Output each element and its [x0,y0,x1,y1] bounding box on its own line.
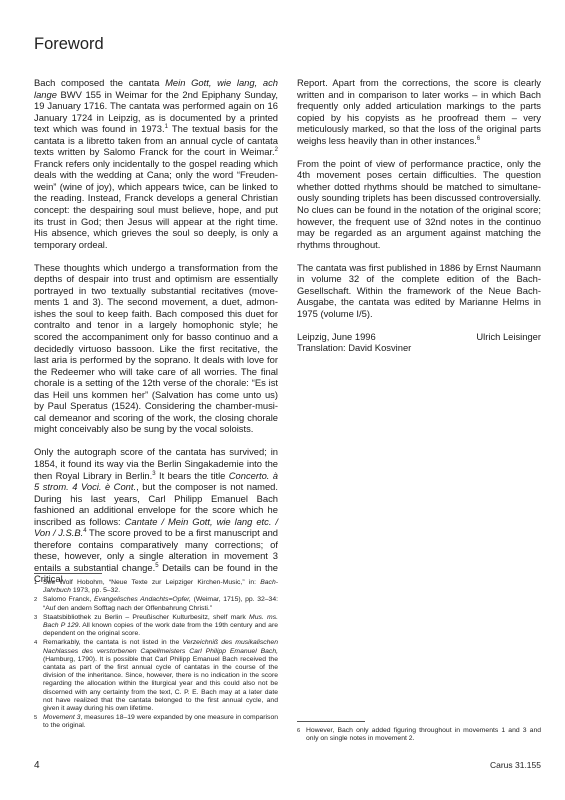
footnote-text: See Wolf Hobohm, “Neue Texte zur Leipzig… [43,579,260,586]
text-run: Bach composed the cantata [34,77,165,88]
footnote-number: 2 [34,596,43,612]
footnote-4: 4Remarkably, the cantata is not listed i… [34,639,278,713]
page-number: 4 [34,760,40,771]
footnote-divider-right [297,721,365,722]
footnote-number: 1 [34,579,43,595]
footnote-ref-6[interactable]: 6 [477,136,480,142]
paragraph-movements: These thoughts which undergo a transform… [34,262,278,435]
footnote-text: 1973, pp. 5–32. [71,587,120,594]
footnote-text: Staatsbibliothek zu Berlin – Preußischer… [43,614,249,621]
translator-credit: Translation: David Kosviner [297,342,541,354]
footnote-number: 3 [34,614,43,639]
paragraph-sources: Only the autograph score of the cantata … [34,446,278,585]
catalog-number: Carus 31.155 [490,760,541,770]
footnote-text: Remarkably, the cantata is not listed in… [43,639,182,646]
footnote-number: 6 [297,727,306,743]
footnote-text: (Hamburg, 1790). It is possible that Car… [43,656,278,712]
paragraph-critical-report: Report. Apart from the corrections, the … [297,77,541,146]
footnote-text: . All known copies of the work date from… [43,622,278,637]
place-date: Leipzig, June 1996 [297,331,376,343]
footnotes-left: 1See Wolf Hobohm, “Neue Texte zur Leipzi… [34,579,278,732]
paragraph-composition: Bach composed the cantata Mein Gott, wie… [34,77,278,250]
signature-line: Leipzig, June 1996 Ulrich Leisinger [297,331,541,343]
footnote-text: Salomo Franck, [43,596,94,603]
author-name: Ulrich Leisinger [476,331,541,343]
page-title: Foreword [34,35,104,54]
footnote-2: 2Salomo Franck, Evangelisches Andachts=O… [34,596,278,612]
left-column: Bach composed the cantata Mein Gott, wie… [34,77,278,596]
footnote-text: However, Bach only added figuring throug… [306,727,541,743]
text-run: Franck refers only incidentally to the g… [34,158,278,250]
footnote-divider-left [34,573,102,574]
footnote-ref-2[interactable]: 2 [275,147,278,153]
footnote-5: 5Movement 3, measures 18–19 were expande… [34,714,278,730]
text-run: It bears the title [156,470,229,481]
text-run: Report. Apart from the corrections, the … [297,77,541,146]
right-column: Report. Apart from the corrections, the … [297,77,541,354]
paragraph-publication: The cantata was first published in 1886 … [297,262,541,320]
footnote-number: 4 [34,639,43,713]
footnote-italic: Movement 3 [43,714,80,721]
footnote-italic: Evangelisches Andachts=Opfer, [94,596,191,603]
footnote-1: 1See Wolf Hobohm, “Neue Texte zur Leipzi… [34,579,278,595]
footnote-3: 3Staatsbibliothek zu Berlin – Preußische… [34,614,278,639]
paragraph-performance-practice: From the point of view of performance pr… [297,158,541,250]
footnotes-right: 6However, Bach only added figuring throu… [297,727,541,744]
footnote-number: 5 [34,714,43,730]
footnote-6: 6However, Bach only added figuring throu… [297,727,541,743]
